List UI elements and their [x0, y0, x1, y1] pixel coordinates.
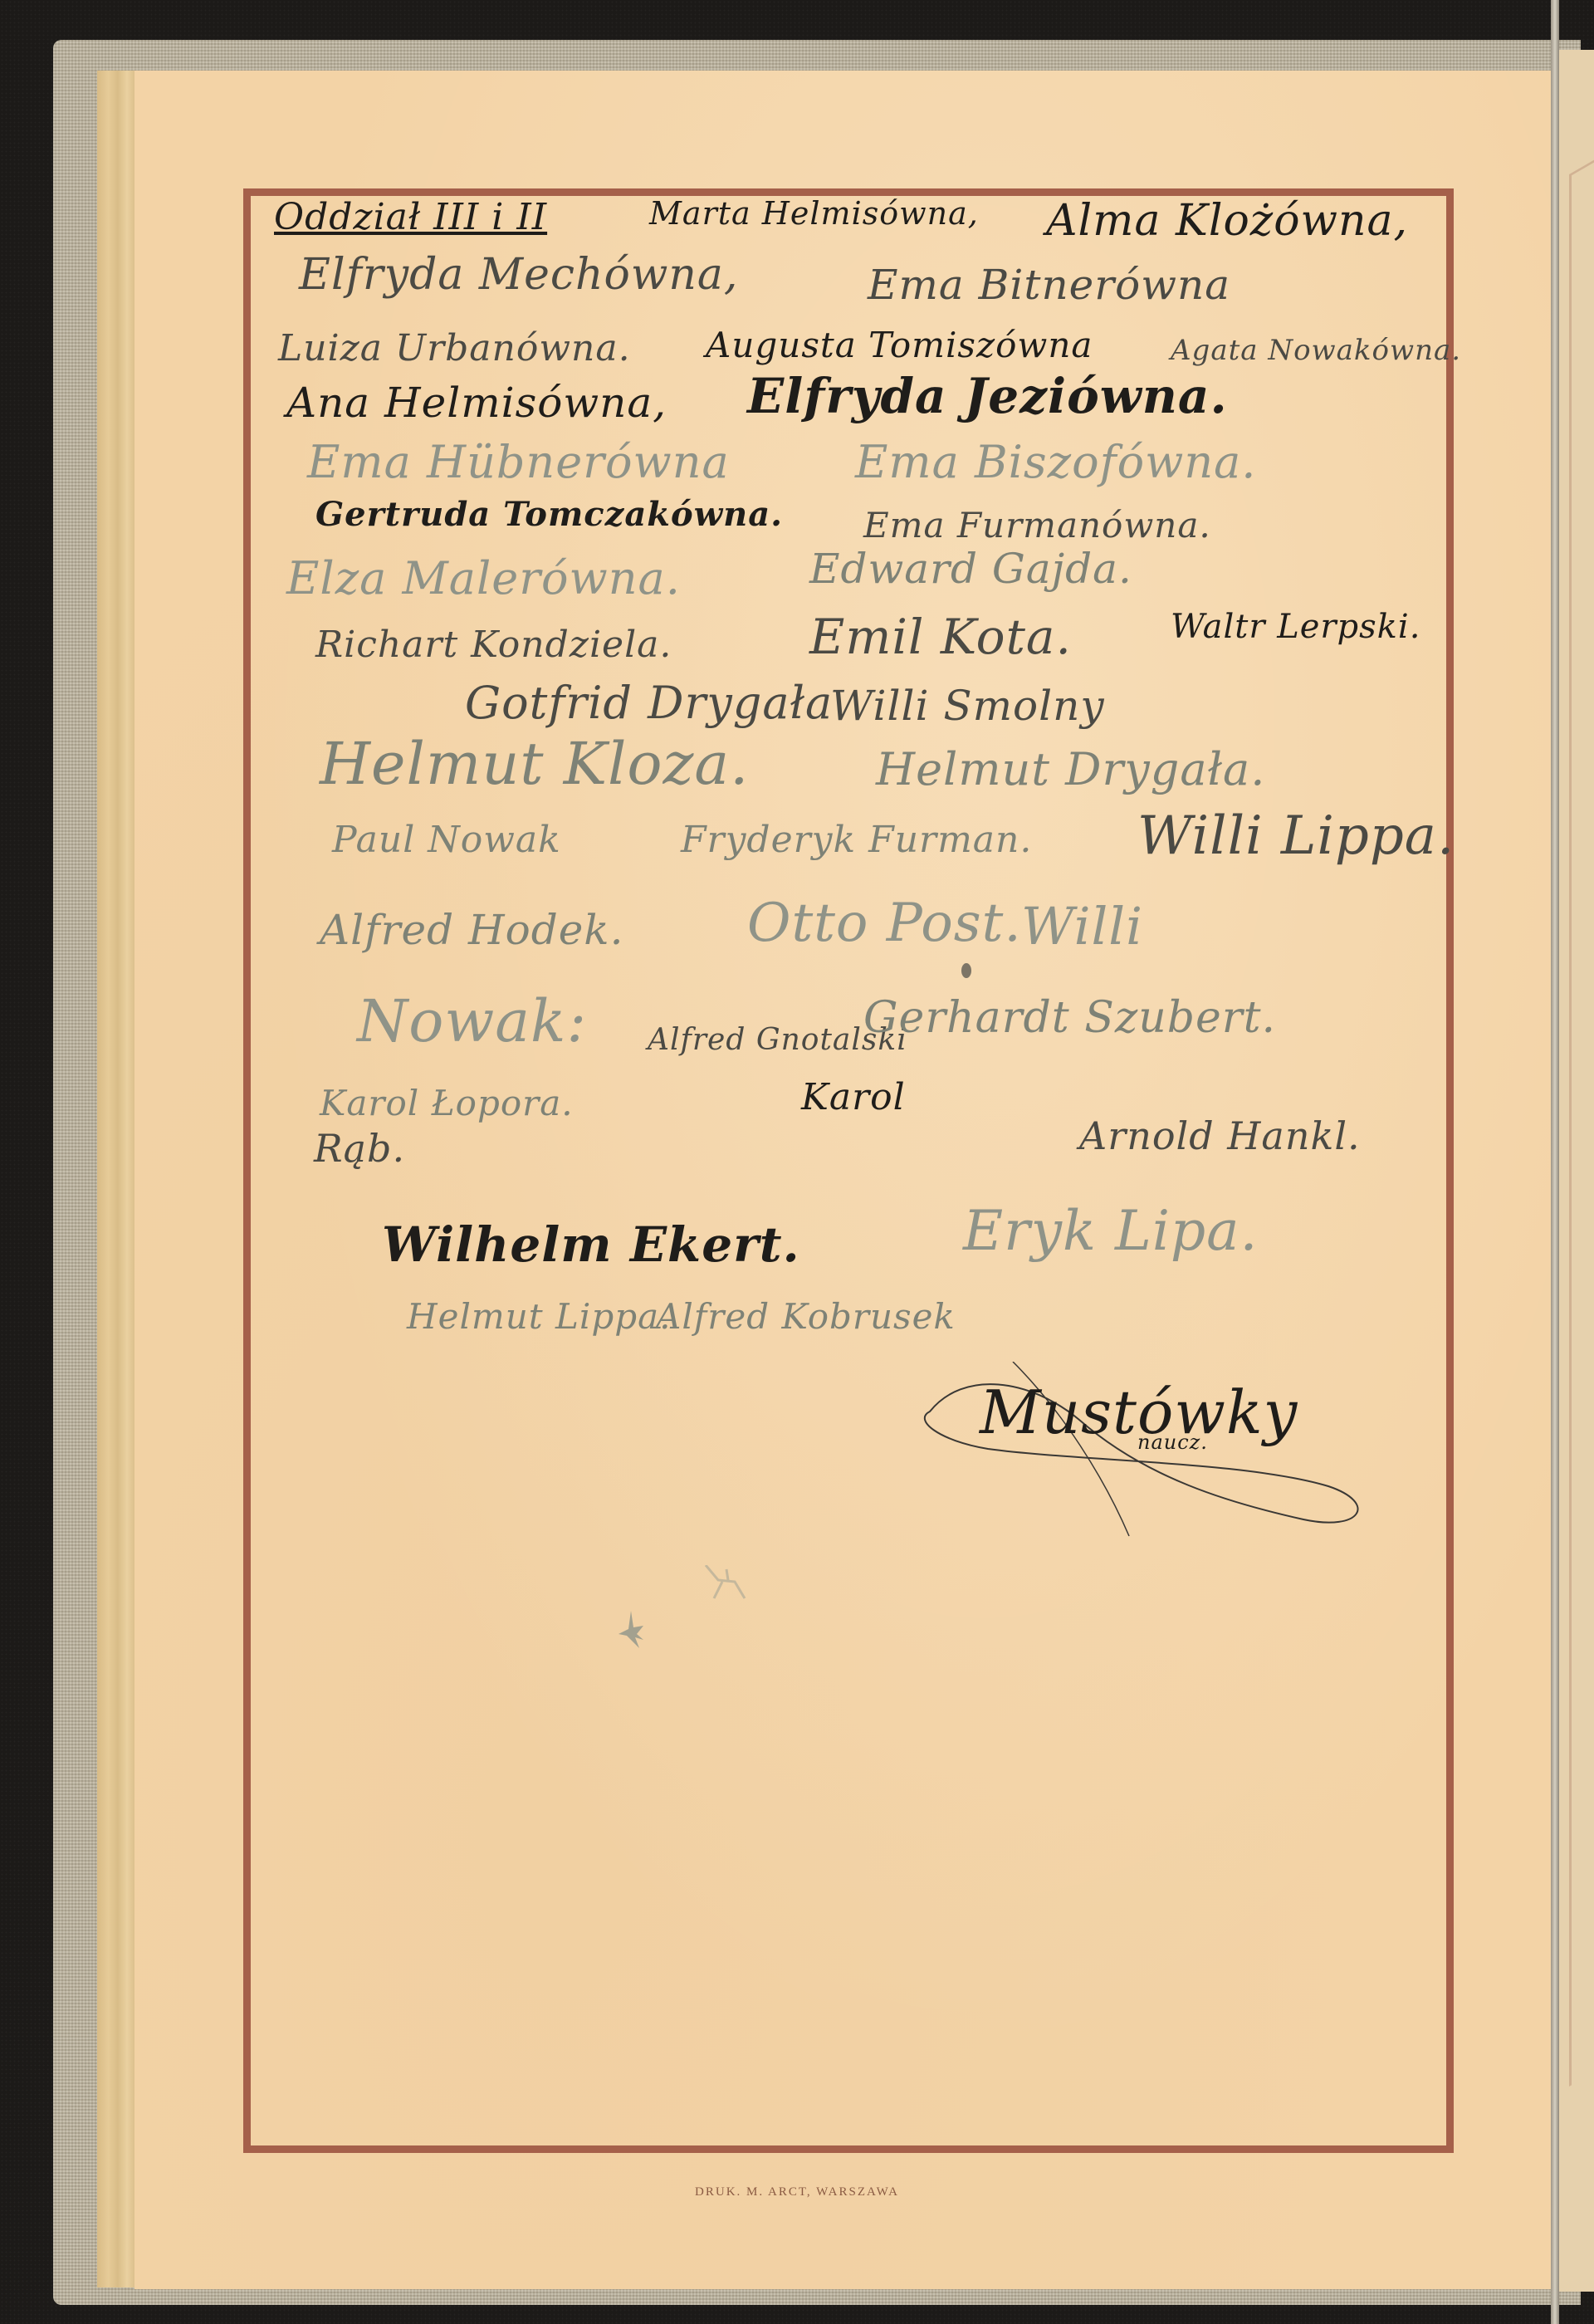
entry: Rąb.	[314, 1129, 405, 1167]
ink-blot	[961, 963, 971, 978]
entry: Ana Helmisówna,	[286, 382, 667, 423]
entry: Arnold Hankl.	[1079, 1117, 1361, 1155]
entry: Willi Lippa.	[1137, 810, 1455, 863]
opposite-page-ornament	[1569, 154, 1594, 2087]
ink-stain	[619, 1611, 652, 1648]
entry: Richart Kondziela.	[315, 627, 672, 663]
entry: Elfryda Mechówna,	[299, 253, 738, 296]
class-heading: Oddział III i II	[274, 199, 547, 236]
entry: Elza Malerówna.	[286, 556, 681, 601]
entry: Willi Smolny	[830, 685, 1105, 727]
entry: Gertruda Tomczakówna.	[315, 498, 783, 531]
entry: Waltr Lerpski.	[1171, 610, 1420, 643]
printer-imprint: DRUK. M. ARCT, WARSZAWA	[0, 2185, 1594, 2199]
entry: Marta Helmisówna,	[649, 198, 979, 229]
entry: Gerhardt Szubert.	[863, 996, 1276, 1040]
entry: Alfred Kobrusek	[656, 1299, 956, 1334]
teacher-title: naucz.	[1137, 1432, 1208, 1452]
entry: Ema Hübnerówna	[307, 440, 730, 485]
entry: Wilhelm Ekert.	[382, 1221, 800, 1269]
entry: Willi	[1021, 901, 1143, 952]
book-gutter	[1551, 0, 1559, 2324]
entry: Karol	[801, 1079, 906, 1116]
page-edge-stack	[97, 71, 134, 2287]
entry: Helmut Lippa.	[407, 1299, 672, 1334]
entry: Karol Łopora.	[320, 1086, 574, 1121]
entry: Helmut Drygała.	[876, 747, 1265, 792]
entry: Edward Gajda.	[809, 548, 1132, 590]
entry: Gotfrid Drygała	[465, 681, 833, 726]
entry: Augusta Tomiszówna	[706, 328, 1093, 363]
entry: Paul Nowak	[332, 822, 561, 859]
entry: Alma Klożówna,	[1046, 199, 1408, 242]
entry: Agata Nowakówna.	[1171, 336, 1461, 365]
entry: Alfred Hodek.	[320, 909, 624, 951]
ink-stain	[702, 1565, 747, 1602]
entry: Nowak:	[357, 992, 587, 1050]
entry: Fryderyk Furman.	[681, 822, 1032, 859]
entry: Eryk Lipa.	[963, 1204, 1259, 1259]
entry: Elfryda Jeziówna.	[747, 372, 1228, 420]
entry: Ema Furmanówna.	[863, 508, 1211, 543]
entry: Otto Post.	[747, 897, 1022, 950]
entry: Ema Biszofówna.	[855, 440, 1256, 485]
entry: Emil Kota.	[809, 613, 1072, 661]
entry: Luiza Urbanówna.	[278, 330, 631, 367]
entry: Ema Bitnerówna	[868, 264, 1230, 306]
entry: Helmut Kloza.	[320, 735, 749, 793]
